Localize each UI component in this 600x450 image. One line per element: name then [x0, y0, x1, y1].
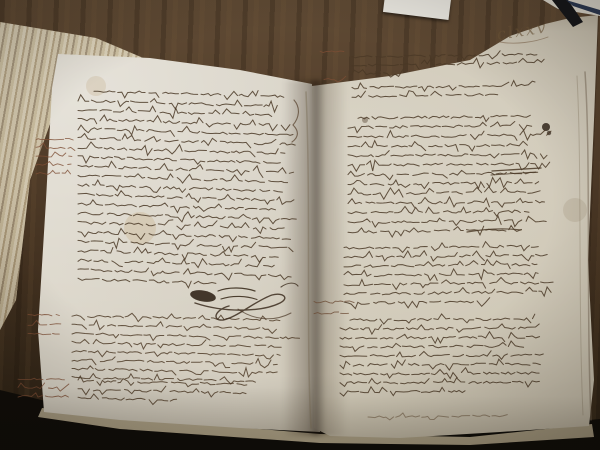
handwriting-layer: clxxv [0, 0, 600, 450]
manuscript-photo: clxxv [0, 0, 600, 450]
folio-number: clxxv [495, 17, 549, 44]
